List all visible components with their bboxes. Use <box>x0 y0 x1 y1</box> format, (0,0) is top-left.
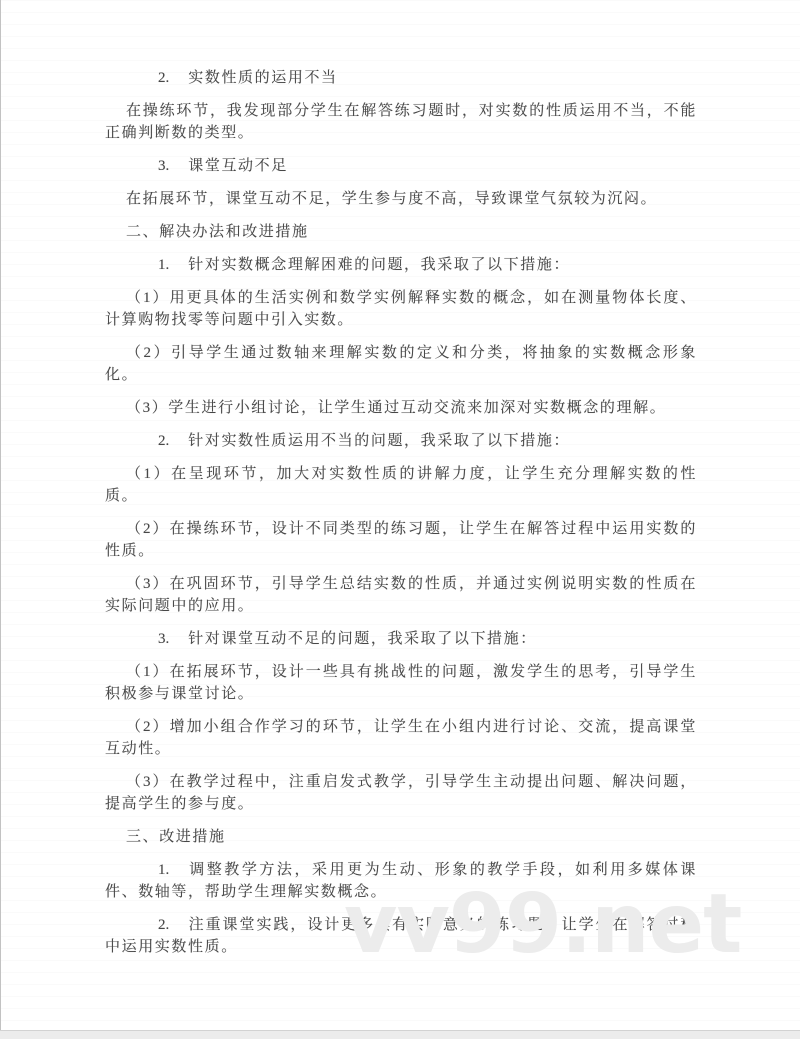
paragraph-text: 针对实数性质运用不当的问题，我采取了以下措施： <box>188 433 570 449</box>
paragraph: 在操练环节，我发现部分学生在解答练习题时，对实数的性质运用不当，不能正确判断数的… <box>105 100 697 144</box>
numbered-heading: 1.针对实数概念理解困难的问题，我采取了以下措施： <box>105 254 697 276</box>
paragraph-text: 针对课堂互动不足的问题，我采取了以下措施： <box>188 631 537 647</box>
list-number: 2. <box>158 917 169 933</box>
paragraph-text: 针对实数概念理解困难的问题，我采取了以下措施： <box>188 257 570 273</box>
numbered-heading: 2.针对实数性质运用不当的问题，我采取了以下措施： <box>105 430 697 452</box>
paragraph-text: 在拓展环节，课堂互动不足，学生参与度不高，导致课堂气氛较为沉闷。 <box>126 191 657 207</box>
paragraph-text: （2）增加小组合作学习的环节，让学生在小组内进行讨论、交流，提高课堂互动性。 <box>105 719 697 757</box>
numbered-heading: 3.课堂互动不足 <box>105 155 697 177</box>
paragraph-text: （3）在教学过程中，注重启发式教学，引导学生主动提出问题、解决问题，提高学生的参… <box>105 774 697 812</box>
paragraph-text: （3）在巩固环节，引导学生总结实数的性质，并通过实例说明实数的性质在实际问题中的… <box>105 576 697 614</box>
numbered-heading: 3.针对课堂互动不足的问题，我采取了以下措施： <box>105 628 697 650</box>
paragraph-text: （1）在呈现环节，加大对实数性质的讲解力度，让学生充分理解实数的性质。 <box>105 466 697 504</box>
paragraph-text: 二、解决办法和改进措施 <box>126 224 309 240</box>
paragraph-text: 课堂互动不足 <box>188 158 288 174</box>
paragraph-text: （3）学生进行小组讨论，让学生通过互动交流来加深对实数概念的理解。 <box>126 400 666 416</box>
paragraph-text: （2）引导学生通过数轴来理解实数的定义和分类，将抽象的实数概念形象化。 <box>105 345 697 383</box>
paragraph-text: （1）用更具体的生活实例和数学实例解释实数的概念，如在测量物体长度、计算购物找零… <box>105 290 697 328</box>
watermark: vv99.net <box>344 884 741 966</box>
paragraph: （2）在操练环节，设计不同类型的练习题，让学生在解答过程中运用实数的性质。 <box>105 518 697 562</box>
list-number: 2. <box>158 433 169 449</box>
list-number: 3. <box>158 631 169 647</box>
document-page: 2.实数性质的运用不当 在操练环节，我发现部分学生在解答练习题时，对实数的性质运… <box>105 67 697 969</box>
page-bottom-edge <box>0 1030 800 1039</box>
paragraph: 在拓展环节，课堂互动不足，学生参与度不高，导致课堂气氛较为沉闷。 <box>105 188 697 210</box>
paragraph-text: 实数性质的运用不当 <box>188 70 337 86</box>
paragraph: （3）学生进行小组讨论，让学生通过互动交流来加深对实数概念的理解。 <box>105 397 697 419</box>
numbered-heading: 2.实数性质的运用不当 <box>105 67 697 89</box>
list-number: 1. <box>158 862 169 878</box>
paragraph: （1）在呈现环节，加大对实数性质的讲解力度，让学生充分理解实数的性质。 <box>105 463 697 507</box>
paragraph-text: 三、改进措施 <box>126 829 226 845</box>
paragraph: （1）在拓展环节，设计一些具有挑战性的问题，激发学生的思考，引导学生积极参与课堂… <box>105 661 697 705</box>
paragraph-text: （2）在操练环节，设计不同类型的练习题，让学生在解答过程中运用实数的性质。 <box>105 521 697 559</box>
section-heading: 二、解决办法和改进措施 <box>105 221 697 243</box>
paragraph: （2）引导学生通过数轴来理解实数的定义和分类，将抽象的实数概念形象化。 <box>105 342 697 386</box>
list-number: 1. <box>158 257 169 273</box>
paragraph: （1）用更具体的生活实例和数学实例解释实数的概念，如在测量物体长度、计算购物找零… <box>105 287 697 331</box>
list-number: 3. <box>158 158 169 174</box>
paragraph-text: 在操练环节，我发现部分学生在解答练习题时，对实数的性质运用不当，不能正确判断数的… <box>105 103 697 141</box>
page-left-edge <box>0 0 1 1039</box>
paragraph: （3）在巩固环节，引导学生总结实数的性质，并通过实例说明实数的性质在实际问题中的… <box>105 573 697 617</box>
section-heading: 三、改进措施 <box>105 826 697 848</box>
paragraph-text: （1）在拓展环节，设计一些具有挑战性的问题，激发学生的思考，引导学生积极参与课堂… <box>105 664 697 702</box>
paragraph: （3）在教学过程中，注重启发式教学，引导学生主动提出问题、解决问题，提高学生的参… <box>105 771 697 815</box>
paragraph: （2）增加小组合作学习的环节，让学生在小组内进行讨论、交流，提高课堂互动性。 <box>105 716 697 760</box>
list-number: 2. <box>158 70 169 86</box>
